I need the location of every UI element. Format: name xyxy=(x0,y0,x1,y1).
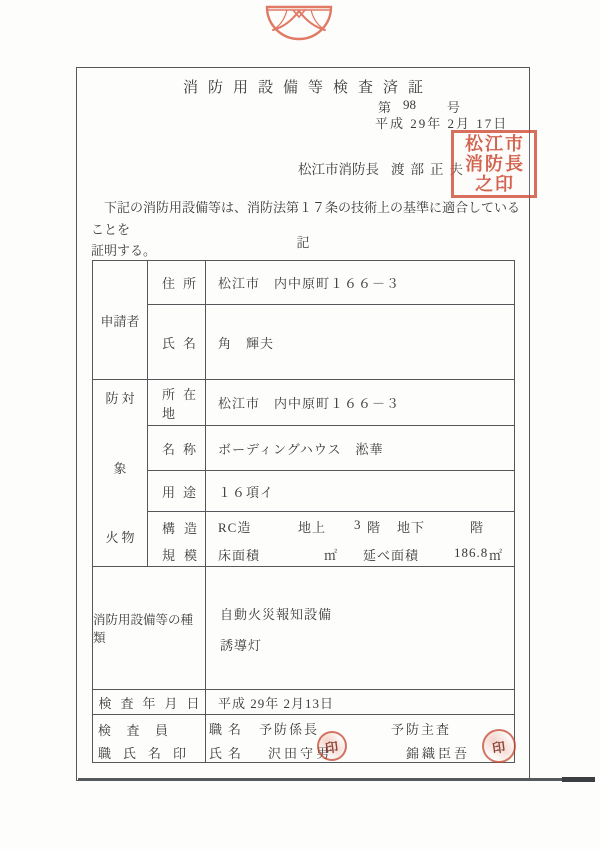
document-title: 消防用設備等検査済証 xyxy=(77,76,529,97)
property-section-label: 防対 象 火物 xyxy=(93,380,148,567)
above-ground-label: 地上 xyxy=(298,517,326,536)
inspection-date: 平成 29年 2月13日 xyxy=(206,690,514,715)
scale-label: 規模 xyxy=(162,545,197,564)
name-label-cell: 氏名 xyxy=(148,305,206,380)
scan-artifact-dark-edge xyxy=(562,777,595,782)
floor-area-label: 床面積 xyxy=(218,545,260,564)
inspector-names-line: 氏名 沢田守男 錦織臣吾 xyxy=(206,743,514,759)
inspection-date-label-cell: 検査年月日 xyxy=(93,690,206,715)
structure-type: RC造 xyxy=(218,517,251,536)
applicant-address: 松江市 内中原町１６６－３ xyxy=(206,261,514,305)
inspector-seal-1: 印 xyxy=(317,731,347,761)
property-name: ボーディングハウス 淞華 xyxy=(206,426,514,471)
issuer-title: 松江市消防長 xyxy=(298,162,379,177)
inspector-label-cell: 検査員 職氏名印 xyxy=(93,715,206,762)
property-use: １６項イ xyxy=(206,471,514,512)
total-area-label: 延べ面積 xyxy=(363,545,419,564)
total-area-value: 186.8 xyxy=(454,545,488,561)
fire-chief-official-seal: 松江市 消防長 之印 xyxy=(451,130,537,198)
scale-line: 床面積 ㎡ 延べ面積 186.8 ㎡ xyxy=(206,545,514,561)
name-label: 氏名 xyxy=(209,743,247,762)
inspector-label-line2: 職氏名印 xyxy=(98,743,186,762)
equipment-item: 自動火災報知設備 xyxy=(220,604,332,623)
equipment-list: 自動火災報知設備 誘導灯 xyxy=(206,567,514,690)
structure-label: 構造 xyxy=(162,518,197,537)
floor-area-unit: ㎡ xyxy=(324,545,338,564)
location-label-cell: 所在地 xyxy=(148,380,206,426)
below-floor-unit: 階 xyxy=(470,517,484,536)
certification-statement: 下記の消防用設備等は、消防法第１７条の技術上の基準に適合していることを 証明する… xyxy=(91,197,521,262)
structure-line: RC造 地上 3 階 地下 階 xyxy=(206,517,514,533)
above-ground-floors: 3 xyxy=(354,517,362,533)
issuer-line: 松江市消防長渡部正夫 xyxy=(298,158,469,178)
floor-unit: 階 xyxy=(367,517,381,536)
equipment-type-label: 消防用設備等の種類 xyxy=(93,567,206,690)
role-label: 職名 xyxy=(209,719,247,738)
property-location: 松江市 内中原町１６６－３ xyxy=(206,380,514,426)
structure-scale-label-cell: 構造 規模 xyxy=(148,512,206,567)
inspector-roles-line: 職名 予防係長 予防主査 xyxy=(206,719,514,735)
inspector-seal-2: 印 xyxy=(482,729,516,763)
ki-heading: 記 xyxy=(77,232,529,251)
inspector-role-1: 予防係長 xyxy=(259,719,319,738)
total-area-unit: ㎡ xyxy=(489,545,503,564)
property-name-label-cell: 名称 xyxy=(148,426,206,471)
certificate-frame: 消防用設備等検査済証 第 98 号 平成 29年 2月 17日 松江市消防長渡部… xyxy=(76,67,530,781)
applicant-section-label: 申請者 xyxy=(93,261,148,380)
structure-scale-value-cell: RC造 地上 3 階 地下 階 床面積 ㎡ 延べ面積 186.8 ㎡ xyxy=(206,512,514,567)
address-label-cell: 住所 xyxy=(148,261,206,305)
certificate-table: 申請者 住所 松江市 内中原町１６６－３ 氏名 角 輝夫 防対 象 火物 xyxy=(92,260,515,763)
use-label-cell: 用途 xyxy=(148,471,206,512)
document-number: 98 xyxy=(403,97,416,113)
inspector-role-2: 予防主査 xyxy=(391,719,451,738)
inspector-label-line1: 検査員 xyxy=(98,720,168,739)
scanned-certificate-page: 消防用設備等検査済証 第 98 号 平成 29年 2月 17日 松江市消防長渡部… xyxy=(0,0,600,849)
inspector-value-cell: 職名 予防係長 予防主査 氏名 沢田守男 錦織臣吾 印 印 xyxy=(206,715,514,762)
document-number-line: 第 98 号 xyxy=(77,97,529,113)
applicant-name: 角 輝夫 xyxy=(206,305,514,380)
below-ground-label: 地下 xyxy=(397,517,425,536)
inspector-name-2: 錦織臣吾 xyxy=(406,743,470,762)
city-crest-icon xyxy=(263,3,335,43)
scan-artifact-line xyxy=(78,778,594,781)
equipment-item: 誘導灯 xyxy=(220,635,262,654)
